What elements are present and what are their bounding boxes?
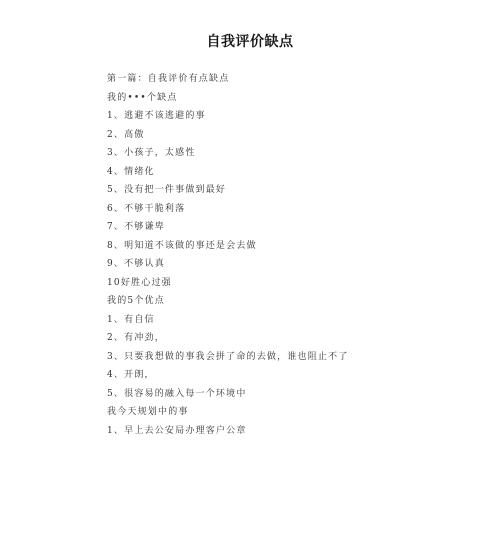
weakness-item: 1、逃避不该逃避的事 xyxy=(107,107,437,126)
plan-item: 1、早上去公安局办理客户公章 xyxy=(107,422,437,441)
document-page: 自我评价缺点 第一篇：自我评价有点缺点 我的•••个缺点 1、逃避不该逃避的事 … xyxy=(0,0,500,548)
section-heading: 第一篇：自我评价有点缺点 xyxy=(107,70,437,89)
document-body: 第一篇：自我评价有点缺点 我的•••个缺点 1、逃避不该逃避的事 2、高傲 3、… xyxy=(107,70,437,440)
weakness-item: 5、没有把一件事做到最好 xyxy=(107,181,437,200)
weakness-item: 3、小孩子，太感性 xyxy=(107,144,437,163)
weakness-item: 9、不够认真 xyxy=(107,255,437,274)
weakness-item: 8、明知道不该做的事还是会去做 xyxy=(107,237,437,256)
strength-item: 4、开朗， xyxy=(107,366,437,385)
weakness-item: 6、不够干脆利落 xyxy=(107,200,437,219)
weakness-item: 2、高傲 xyxy=(107,126,437,145)
weakness-item: 7、不够谦卑 xyxy=(107,218,437,237)
strength-item: 1、有自信 xyxy=(107,311,437,330)
weakness-item: 10好胜心过强 xyxy=(107,274,437,293)
strength-item: 2、有冲劲， xyxy=(107,329,437,348)
strength-item: 3、只要我想做的事我会拼了命的去做，谁也阻止不了 xyxy=(107,348,437,367)
plan-heading: 我今天规划中的事 xyxy=(107,403,437,422)
document-title: 自我评价缺点 xyxy=(0,33,500,51)
strength-item: 5、很容易的融入每一个环境中 xyxy=(107,385,437,404)
weaknesses-heading: 我的•••个缺点 xyxy=(107,89,437,108)
strengths-heading: 我的5个优点 xyxy=(107,292,437,311)
weakness-item: 4、情绪化 xyxy=(107,163,437,182)
